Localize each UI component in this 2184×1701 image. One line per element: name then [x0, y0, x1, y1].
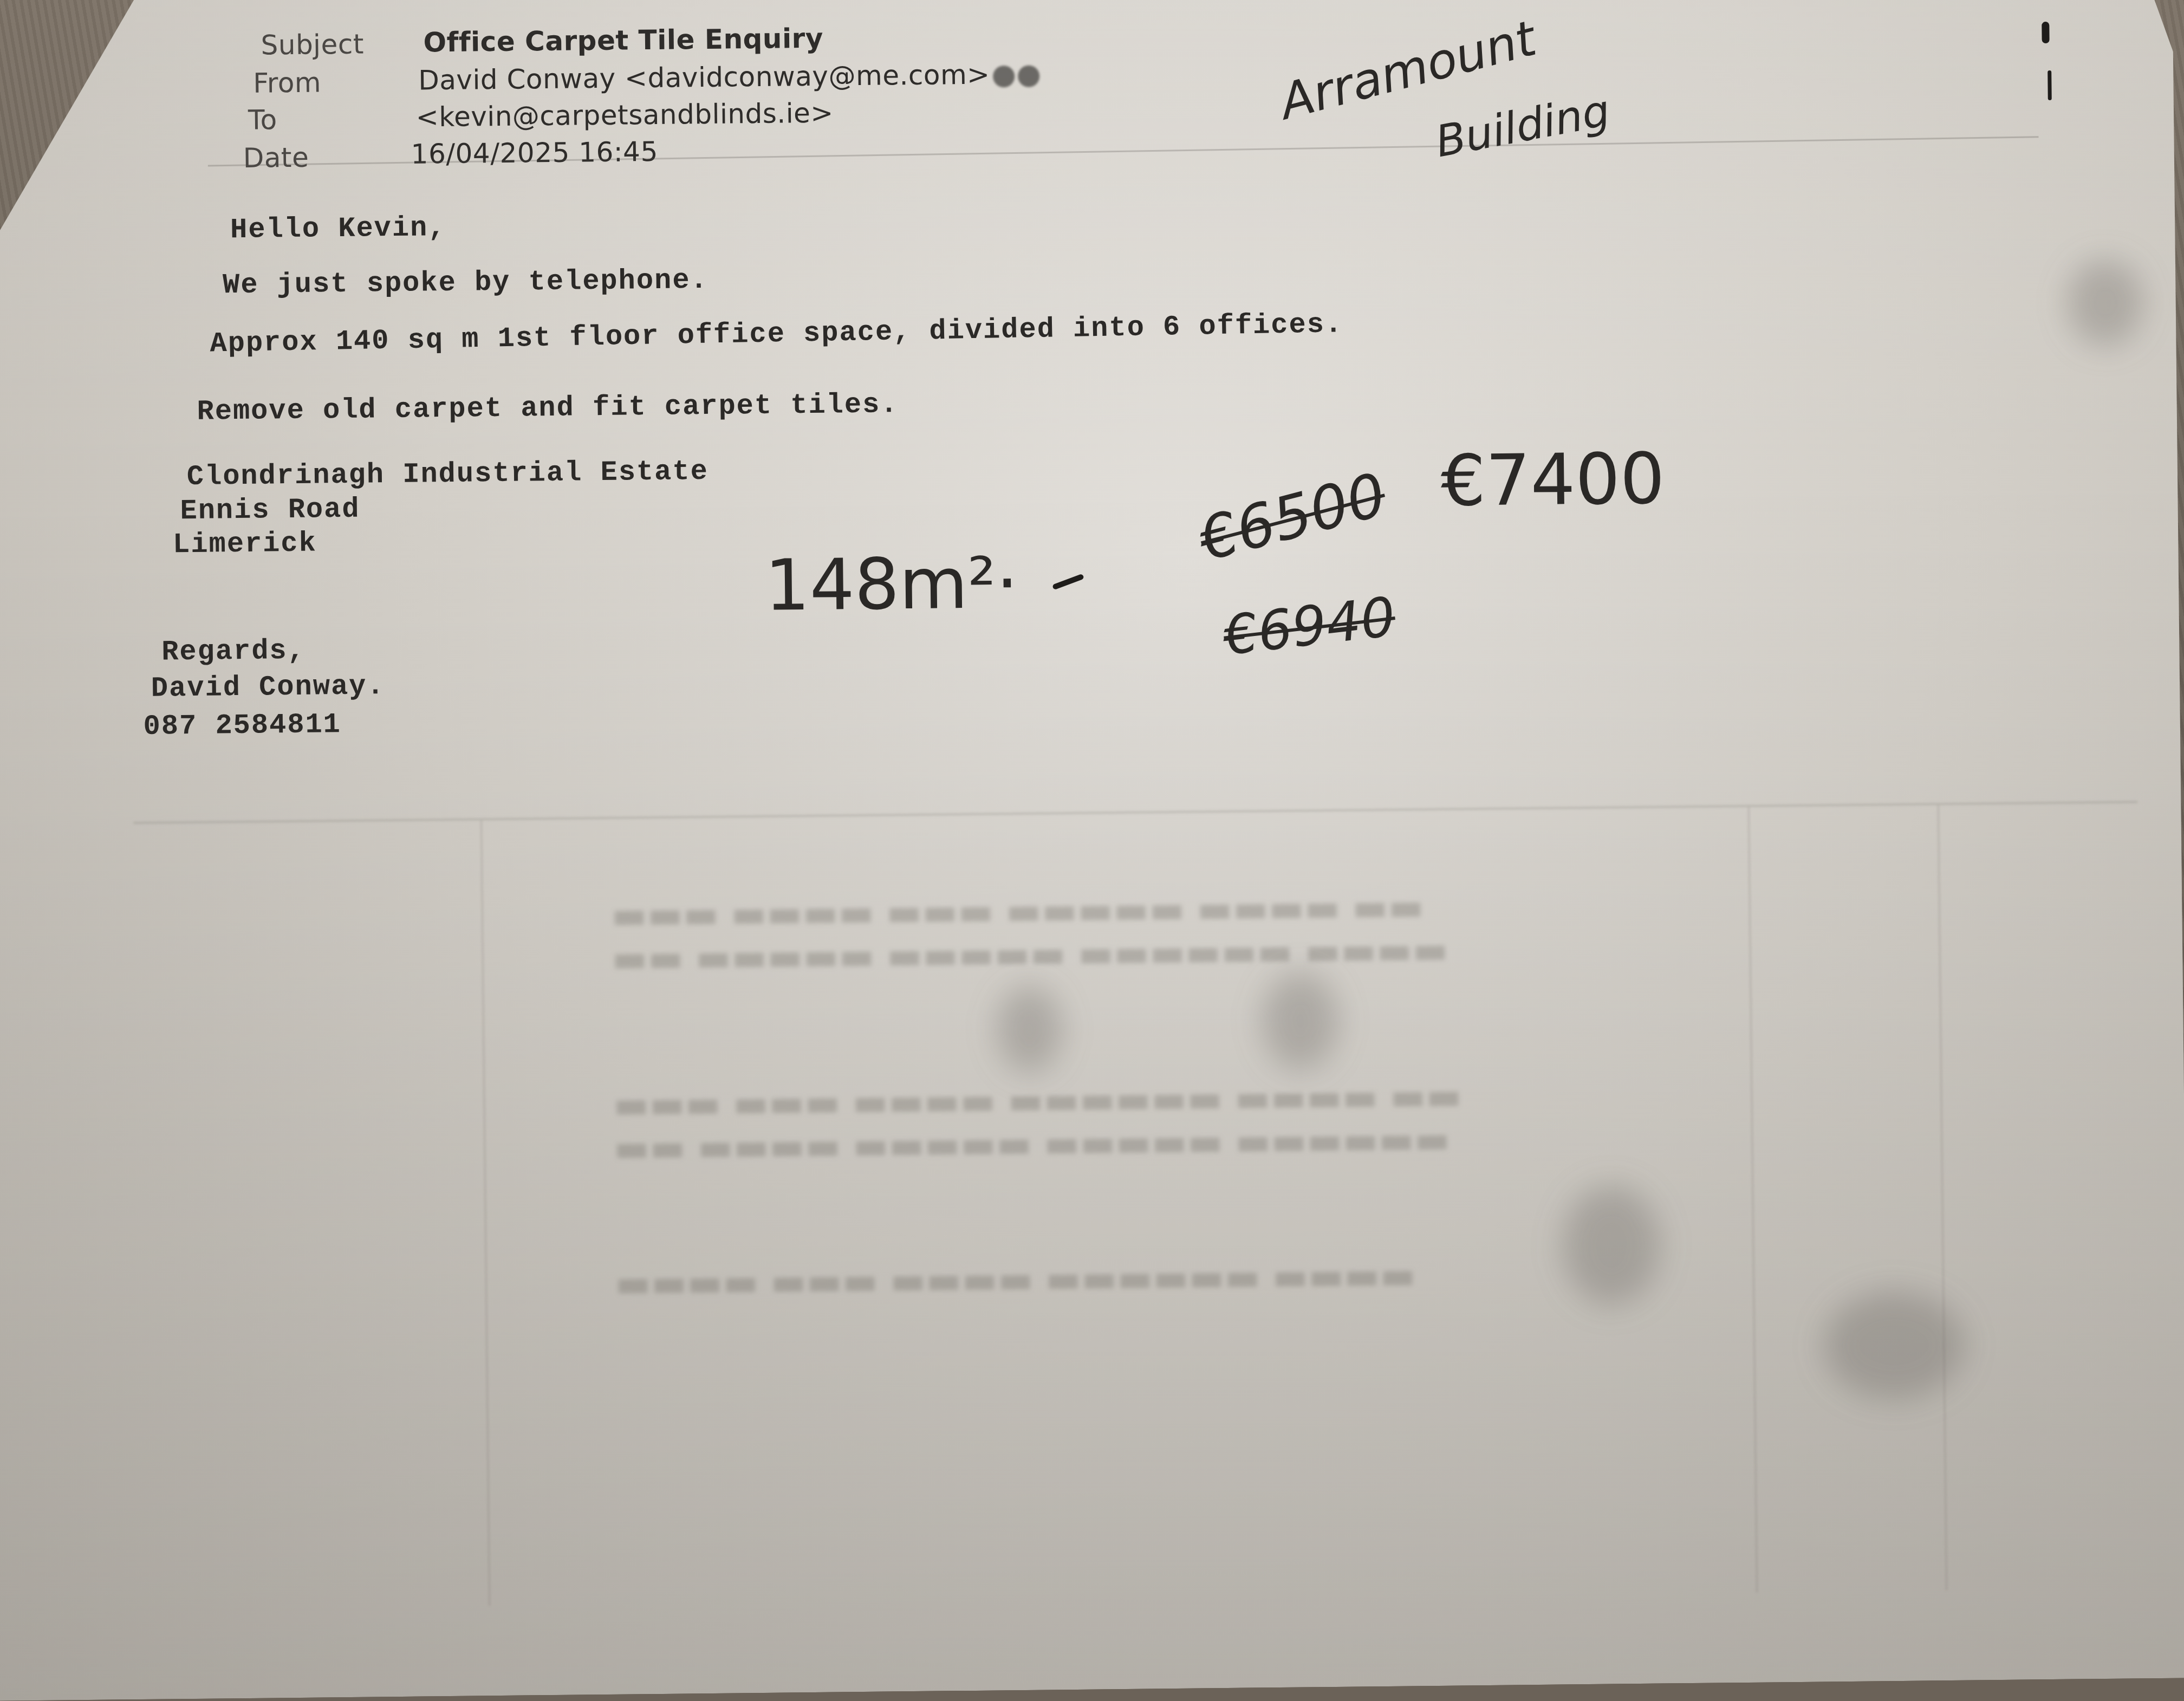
subject-label: Subject: [261, 29, 364, 61]
email-date: 16/04/2025 16:45: [411, 136, 658, 170]
address-line-2: Ennis Road: [180, 494, 360, 527]
address-line-1: Clondrinagh Industrial Estate: [187, 456, 709, 493]
body-line-3: Remove old carpet and fit carpet tiles.: [197, 388, 899, 428]
sender: David Conway <davidconway@me.com>: [418, 58, 1040, 96]
handwritten-building-line2: Building: [1432, 85, 1614, 167]
contact-info-icon[interactable]: [993, 65, 1015, 87]
show-through-text: ▬▬▬▬ ▬▬▬ ▬▬▬▬ ▬▬▬▬▬▬ ▬▬▬▬: [615, 1252, 1416, 1305]
handwritten-price-struck-1: €6500: [1192, 459, 1393, 574]
header-row-subject: Subject: [261, 29, 364, 61]
recipient-address[interactable]: <kevin@carpetsandblinds.ie>: [416, 97, 834, 133]
show-through-text: ▬▬ ▬▬▬▬▬ ▬▬▬▬▬ ▬▬▬▬▬▬ ▬▬▬▬: [612, 927, 1448, 981]
handwritten-price-final: €7400: [1440, 437, 1665, 522]
header-row-date: Date: [243, 142, 309, 174]
body-line-2: Approx 140 sq m 1st floor office space, …: [210, 308, 1343, 360]
to-label: To: [248, 104, 277, 136]
header-row-from: From: [253, 67, 321, 99]
date-label: Date: [243, 142, 309, 174]
handwritten-price-struck-2: €6940: [1220, 585, 1398, 667]
address-line-3: Limerick: [173, 528, 317, 561]
sender-address[interactable]: David Conway <davidconway@me.com>: [418, 59, 990, 96]
from-label: From: [253, 67, 321, 99]
greeting: Hello Kevin,: [230, 212, 446, 246]
pen-mark: [2047, 70, 2052, 100]
body-line-1: We just spoke by telephone.: [223, 264, 708, 301]
email-subject: Office Carpet Tile Enquiry: [423, 23, 823, 59]
add-contact-icon[interactable]: [1018, 65, 1039, 87]
sender-name: David Conway.: [151, 670, 385, 705]
header-row-to: To: [248, 104, 277, 136]
show-through-text: ▬▬ ▬▬▬▬ ▬▬▬▬▬ ▬▬▬▬▬ ▬▬▬▬▬▬: [613, 1117, 1450, 1170]
handwritten-area: 148m²·: [764, 542, 1019, 627]
pen-mark: [2042, 22, 2049, 43]
signoff: Regards,: [161, 635, 305, 668]
handwritten-dash: [1052, 574, 1084, 590]
printed-email-page: ▬▬▬ ▬▬▬▬ ▬▬▬ ▬▬▬▬▬ ▬▬▬▬ ▬▬ ▬▬ ▬▬▬▬▬ ▬▬▬▬…: [0, 0, 2184, 1638]
sender-phone: 087 2584811: [143, 709, 341, 743]
